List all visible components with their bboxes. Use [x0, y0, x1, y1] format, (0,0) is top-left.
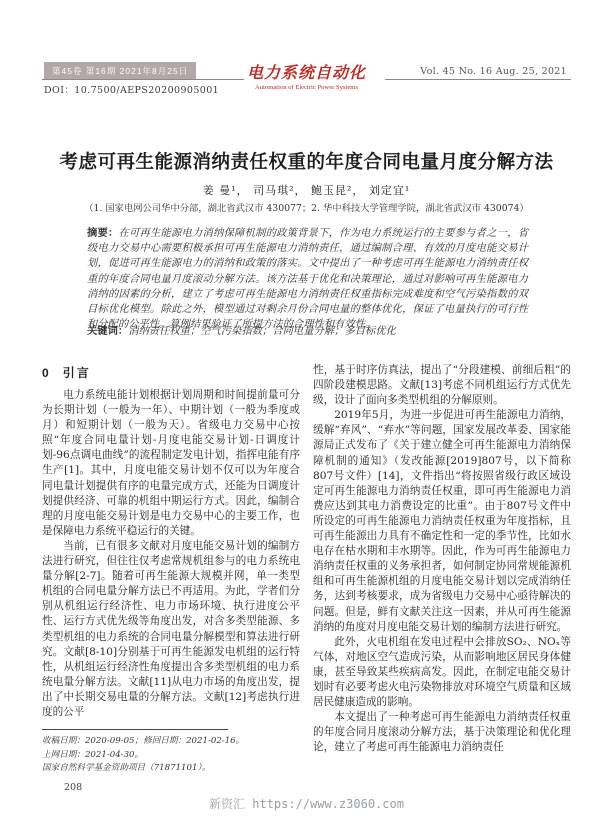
section-heading-introduction: 0引言 — [42, 364, 300, 381]
intro-paragraph: 当前，已有很多文献对月度电能交易计划的编制方法进行研究，但往往仅考虑常规机组参与… — [42, 539, 300, 720]
received-date-line: 收稿日期：2020-09-05；修回日期：2021-02-16。 — [42, 735, 300, 749]
paper-page: 第45卷 第16期 2021年8月25日 DOI：10.7500/AEPS202… — [0, 0, 613, 825]
affiliation-line: （1. 国家电网公司华中分部，湖北省武汉市 430077；2. 华中科技大学管理… — [40, 200, 573, 214]
journal-header: 第45卷 第16期 2021年8月25日 DOI：10.7500/AEPS202… — [42, 60, 571, 106]
keywords-text: 消纳责任权重；空气污染指数；合同电量分解；多目标优化 — [128, 325, 396, 337]
left-column: 0引言 电力系统电能计划根据计划周期和时间提前量可分为长期计划（一般为一年）、中… — [42, 362, 300, 776]
intro-paragraph: 电力系统电能计划根据计划周期和时间提前量可分为长期计划（一般为一年）、中期计划（… — [42, 388, 300, 539]
paper-title: 考虑可再生能源消纳责任权重的年度合同电量月度分解方法 — [40, 148, 573, 174]
page-number: 208 — [64, 782, 82, 793]
section-number: 0 — [42, 366, 49, 380]
journal-logo: 电力系统自动化 Automation of Electric Power Sys… — [232, 60, 382, 91]
intro-paragraph: 性，基于时序仿真法，提出了“分段建模、前细后粗”的四阶段建模思路。文献[13]考… — [313, 363, 571, 408]
volume-issue-english: Vol. 45 No. 16 Aug. 25, 2021 — [420, 66, 567, 77]
abstract-text: 在可再生能源电力消纳保障机制的政策背景下，作为电力系统运行的主要参与者之一，省级… — [87, 227, 528, 330]
right-column: 性，基于时序仿真法，提出了“分段建模、前细后粗”的四阶段建模思路。文献[13]考… — [313, 362, 571, 776]
doi-text: DOI：10.7500/AEPS20200905001 — [44, 82, 219, 96]
header-rule-left — [42, 79, 244, 80]
intro-paragraph: 本文提出了一种考虑可再生能源电力消纳责任权重的年度合同月度滚动分解方法，基于决策… — [313, 710, 571, 755]
body-columns: 0引言 电力系统电能计划根据计划周期和时间提前量可分为长期计划（一般为一年）、中… — [42, 362, 571, 776]
intro-paragraph: 2019年5月，为进一步促进可再生能源电力消纳，缓解“弃风”、“弃水”等问题，国… — [313, 408, 571, 634]
keywords-label: 关键词： — [87, 326, 128, 337]
journal-name-english: Automation of Electric Power Systems — [232, 84, 382, 91]
keywords-block: 关键词：消纳责任权重；空气污染指数；合同电量分解；多目标优化 — [87, 324, 528, 339]
footnote-block: 收稿日期：2020-09-05；修回日期：2021-02-16。 上网日期：20… — [42, 729, 300, 776]
header-rule-right — [385, 79, 571, 80]
abstract-label: 摘要： — [87, 228, 119, 239]
footnote-divider — [42, 729, 228, 730]
section-title: 引言 — [63, 366, 91, 380]
author-list: 姜 曼¹， 司马琪²， 鲍玉昆²， 刘定宜¹ — [40, 182, 573, 198]
abstract-block: 摘要：在可再生能源电力消纳保障机制的政策背景下，作为电力系统运行的主要参与者之一… — [87, 226, 528, 332]
issue-info-badge: 第45卷 第16期 2021年8月25日 — [44, 62, 196, 79]
funding-line: 国家自然科学基金资助项目（71871101）。 — [42, 762, 300, 776]
online-date-line: 上网日期：2021-04-30。 — [42, 749, 300, 763]
intro-paragraph: 此外，火电机组在发电过程中会排放SO₂、NOₓ等气体，对地区空气造成污染，从而影… — [313, 635, 571, 710]
watermark-text: 新资汇 https://www.z3060.com — [0, 795, 613, 812]
journal-name-chinese: 电力系统自动化 — [232, 60, 382, 83]
